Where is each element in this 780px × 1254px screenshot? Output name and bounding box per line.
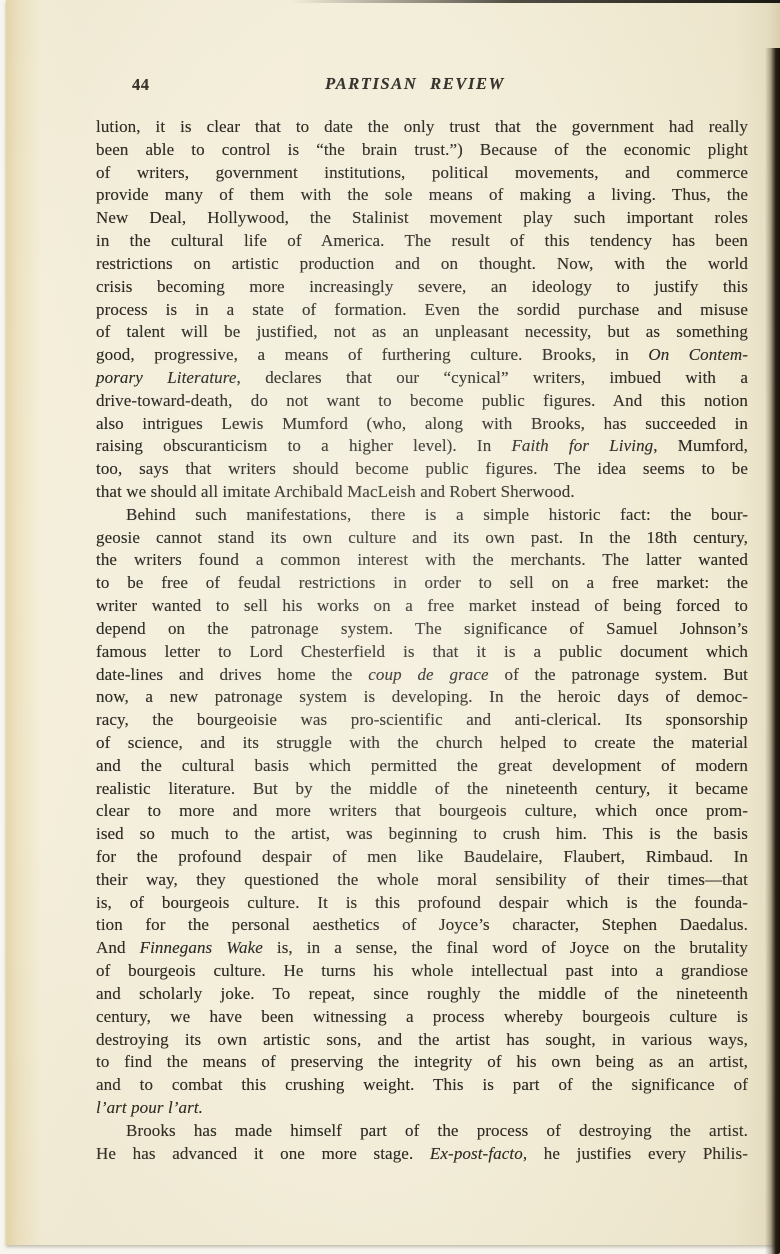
text-line: provide many of them with the sole means…	[96, 184, 748, 207]
text-line: of science, and its struggle with the ch…	[96, 732, 748, 755]
text-line: Brooks has made himself part of the proc…	[96, 1120, 748, 1143]
text-line: crisis becoming more increasingly severe…	[96, 276, 748, 299]
text-line: porary Literature, declares that our “cy…	[96, 367, 748, 390]
text-line: l’art pour l’art.	[96, 1097, 748, 1120]
text-line: and the cultural basis which permitted t…	[96, 755, 748, 778]
scan-top-edge-shadow	[290, 0, 780, 3]
text-line: He has advanced it one more stage. Ex-po…	[96, 1143, 748, 1166]
text-line: writer wanted to sell his works on a fre…	[96, 595, 748, 618]
text-line: of bourgeois culture. He turns his whole…	[96, 960, 748, 983]
text-line: clear to more and more writers that bour…	[96, 800, 748, 823]
text-line: tion for the personal aesthetics of Joyc…	[96, 914, 748, 937]
text-line: to find the means of preserving the inte…	[96, 1051, 748, 1074]
text-line: too, says that writers should become pub…	[96, 458, 748, 481]
text-line: the writers found a common interest with…	[96, 549, 748, 572]
text-line: their way, they questioned the whole mor…	[96, 869, 748, 892]
text-line: ised so much to the artist, was beginnin…	[96, 823, 748, 846]
text-line: destroying its own artistic sons, and th…	[96, 1029, 748, 1052]
text-line: also intrigues Lewis Mumford (who, along…	[96, 413, 748, 436]
text-line: Behind such manifestations, there is a s…	[96, 504, 748, 527]
text-line: drive-toward-death, do not want to becom…	[96, 390, 748, 413]
text-line: of talent will be justified, not as an u…	[96, 321, 748, 344]
text-line: process is in a state of formation. Even…	[96, 299, 748, 322]
text-line: famous letter to Lord Chesterfield is th…	[96, 641, 748, 664]
text-line: to be free of feudal restrictions in ord…	[96, 572, 748, 595]
text-block: lution, it is clear that to date the onl…	[96, 116, 748, 1165]
text-line: New Deal, Hollywood, the Stalinist movem…	[96, 207, 748, 230]
text-line: for the profound despair of men like Bau…	[96, 846, 748, 869]
text-line: and to combat this crushing weight. This…	[96, 1074, 748, 1097]
text-line: restrictions on artistic production and …	[96, 253, 748, 276]
text-line: in the cultural life of America. The res…	[96, 230, 748, 253]
text-line: date-lines and drives home the coup de g…	[96, 664, 748, 687]
text-line: good, progressive, a means of furthering…	[96, 344, 748, 367]
scan-right-edge-shadow	[765, 48, 780, 1254]
book-page: 44 PARTISAN REVIEW lution, it is clear t…	[6, 0, 780, 1245]
text-line: geosie cannot stand its own culture and …	[96, 527, 748, 550]
text-line: depend on the patronage system. The sign…	[96, 618, 748, 641]
text-line: racy, the bourgeoisie was pro-scientific…	[96, 709, 748, 732]
text-line: been able to control is “the brain trust…	[96, 139, 748, 162]
text-line: raising obscuranticism to a higher level…	[96, 435, 748, 458]
journal-title: PARTISAN REVIEW	[96, 74, 734, 94]
text-line: and scholarly joke. To repeat, since rou…	[96, 983, 748, 1006]
running-header: 44 PARTISAN REVIEW	[96, 74, 748, 98]
text-line: lution, it is clear that to date the onl…	[96, 116, 748, 139]
text-line: is, of bourgeois culture. It is this pro…	[96, 892, 748, 915]
scanned-book-photo: { "colors": { "paper": "#f3eeda", "ink":…	[0, 0, 780, 1254]
text-line: realistic literature. But by the middle …	[96, 778, 748, 801]
text-line: that we should all imitate Archibald Mac…	[96, 481, 748, 504]
text-line: of writers, government institutions, pol…	[96, 162, 748, 185]
text-line: And Finnegans Wake is, in a sense, the f…	[96, 937, 748, 960]
text-line: now, a new patronage system is developin…	[96, 686, 748, 709]
text-line: century, we have been witnessing a proce…	[96, 1006, 748, 1029]
